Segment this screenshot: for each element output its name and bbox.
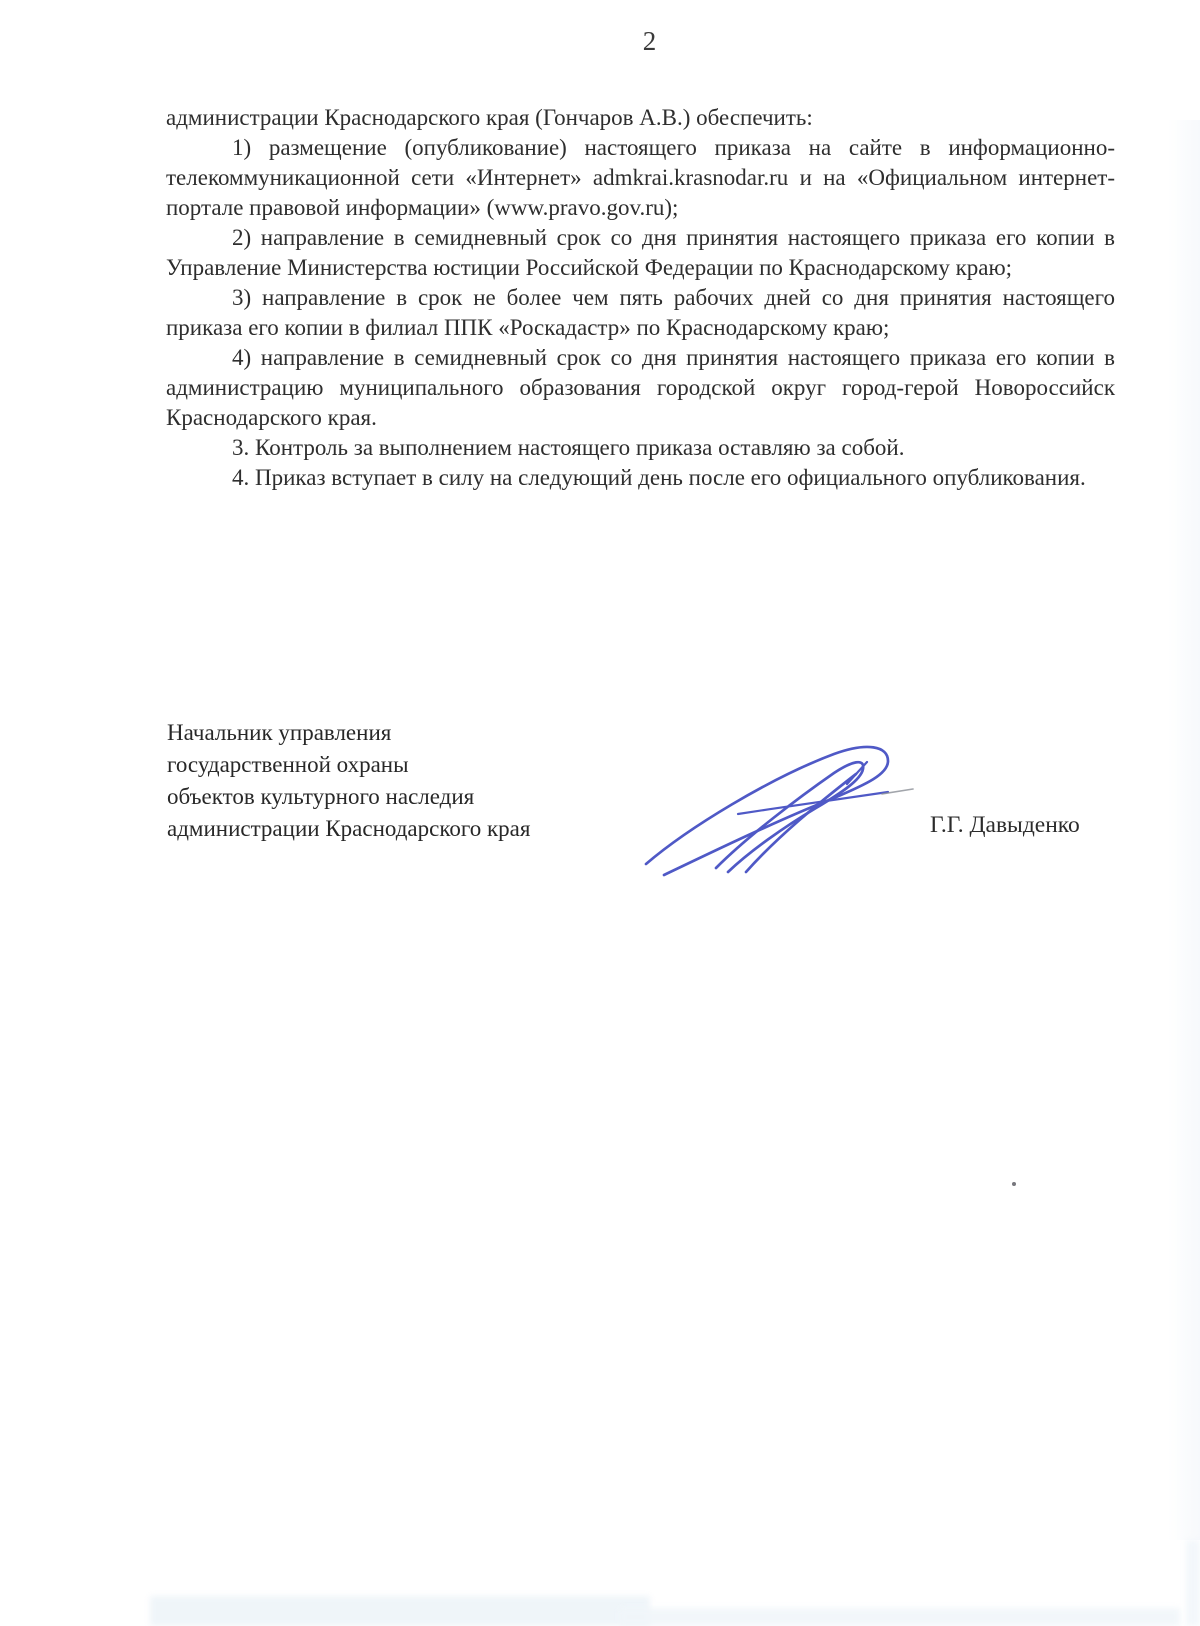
signatory-position-line-3: объектов культурного наследия [167,781,687,813]
paragraph-item-1: 1) размещение (опубликование) настоящего… [166,133,1115,223]
paragraph-item-4: 4) направление в семидневный срок со дня… [166,343,1115,433]
scan-artifact-right-edge [1168,120,1200,1540]
signature-stroke-ascender [746,774,856,872]
order-body: администрации Краснодарского края (Гонча… [166,103,1115,493]
signatory-position-line-4: администрации Краснодарского края [167,813,687,845]
paragraph-item-2: 2) направление в семидневный срок со дня… [166,223,1115,283]
paragraph-point-4: 4. Приказ вступает в силу на следующий д… [166,463,1115,493]
document-page: 2 администрации Краснодарского края (Гон… [0,0,1200,1626]
scan-artifact-bottom-left [150,1596,650,1626]
paragraph-point-3: 3. Контроль за выполнением настоящего пр… [166,433,1115,463]
signatory-position-line-2: государственной охраны [167,749,687,781]
scan-artifact-bottom-corner [1186,1540,1200,1626]
signature-block: Начальник управления государственной охр… [167,717,687,845]
signatory-name: Г.Г. Давыденко [930,812,1080,839]
paragraph-continuation: администрации Краснодарского края (Гонча… [166,103,1115,133]
scan-artifact-bottom-right [620,1608,1180,1626]
scan-speck [1012,1182,1016,1186]
signature-stroke-outer-loop [646,747,888,875]
handwritten-signature [620,712,920,872]
paragraph-item-3: 3) направление в срок не более чем пять … [166,283,1115,343]
page-number: 2 [0,26,1200,57]
signatory-position-line-1: Начальник управления [167,717,687,749]
